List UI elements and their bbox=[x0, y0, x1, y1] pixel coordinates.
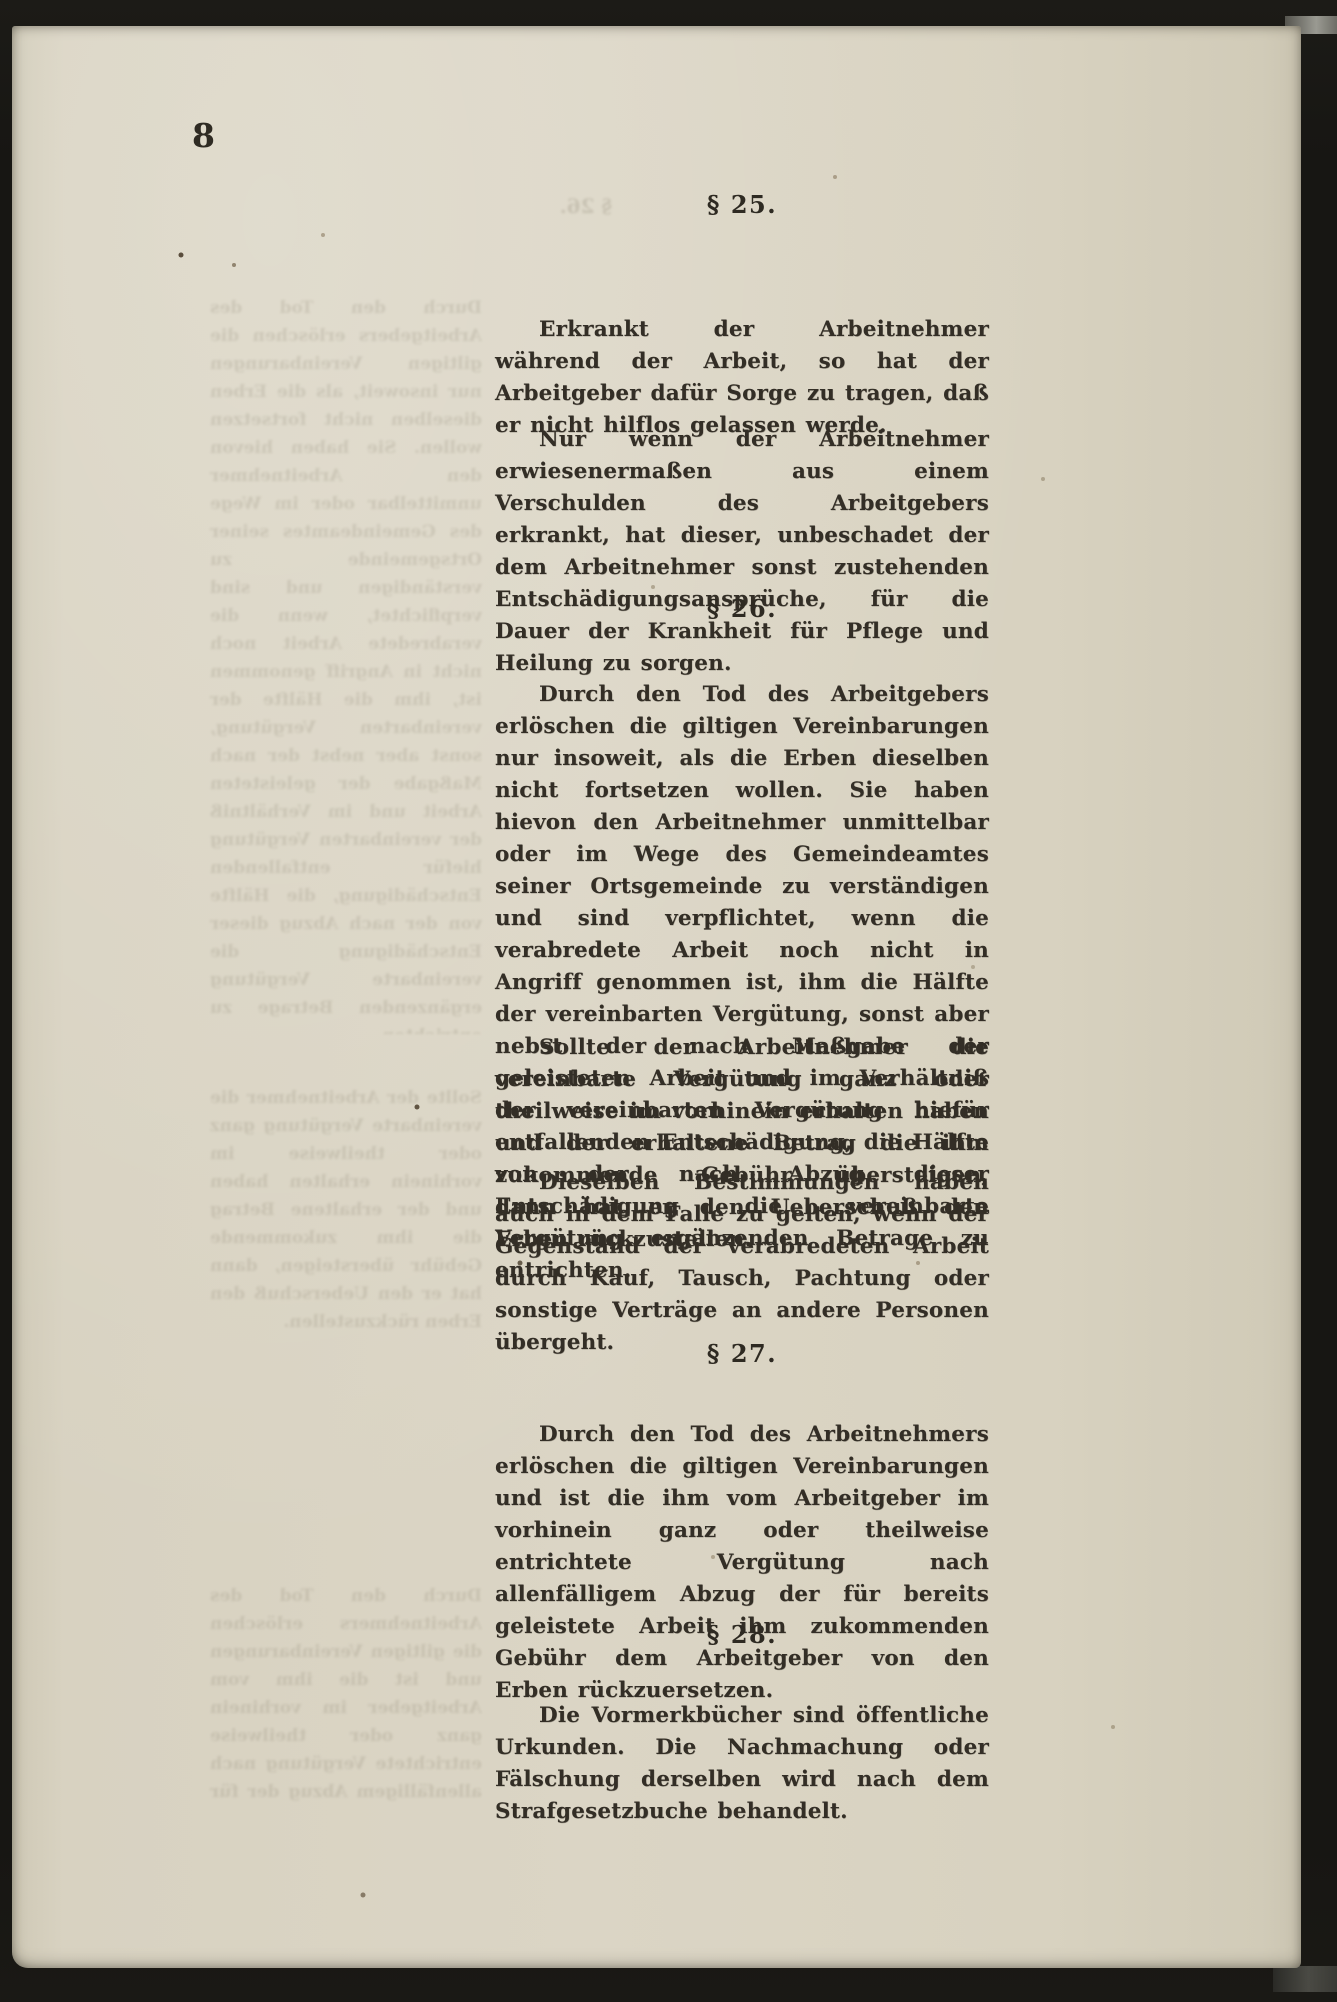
paragraph: Durch den Tod des Arbeitnehmers erlösche… bbox=[495, 1419, 989, 1707]
paper-foxing-specks bbox=[12, 26, 14, 28]
text-column: § 25. Erkrankt der Arbeitnehmer während … bbox=[495, 26, 989, 1968]
bleedthrough-text: Durch den Tod des Arbeitgebers erlöschen… bbox=[210, 294, 482, 1034]
paragraph: Nur wenn der Arbeitnehmer erwiesenermaße… bbox=[495, 424, 989, 680]
page-number: 8 bbox=[192, 116, 215, 155]
section-heading-27: § 27. bbox=[495, 1339, 989, 1368]
bleedthrough-text: Sollte der Arbeitnehmer die vereinbarte … bbox=[210, 1084, 482, 1384]
section-heading-26: § 26. bbox=[495, 594, 989, 623]
section-heading-28: § 28. bbox=[495, 1620, 989, 1649]
paragraph: Die Vormerkbücher sind öffentliche Urkun… bbox=[495, 1700, 989, 1828]
scanner-edge-artifact-bottom bbox=[1273, 1966, 1337, 1992]
paragraph: Dieselben Bestimmungen haben auch in dem… bbox=[495, 1167, 989, 1359]
paragraph: Erkrankt der Arbeitnehmer während der Ar… bbox=[495, 314, 989, 442]
section-heading-25: § 25. bbox=[495, 190, 989, 219]
book-page: § 26. Durch den Tod des Arbeitgebers erl… bbox=[12, 26, 1301, 1968]
bleedthrough-text: Durch den Tod des Arbeitnehmers erlösche… bbox=[210, 1582, 482, 1812]
